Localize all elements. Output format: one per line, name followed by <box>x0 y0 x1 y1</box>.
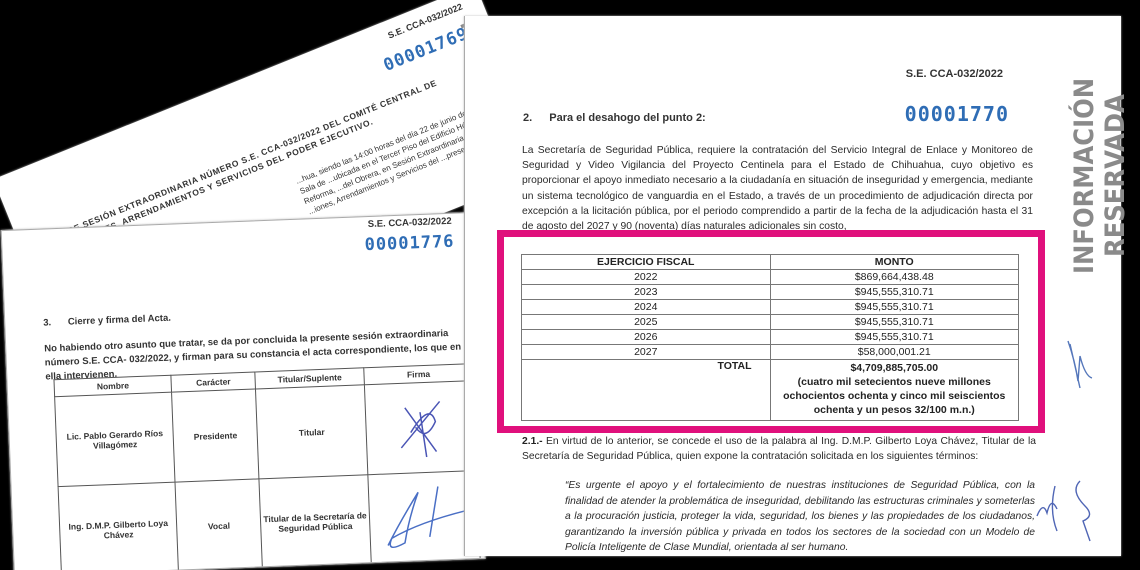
fiscal-year: 2024 <box>522 300 771 315</box>
signer-role: Vocal <box>175 479 262 570</box>
total-label: TOTAL <box>522 360 771 421</box>
section-number: 3. <box>43 317 51 328</box>
total-row: TOTAL $4,709,885,705.00 (cuatro mil sete… <box>522 360 1019 421</box>
signer-position: Titular <box>256 385 368 479</box>
reserved-information-stamp: INFORMACIÓN RESERVADA <box>1069 36 1103 316</box>
fiscal-year: 2022 <box>522 270 771 285</box>
column-header-amount: MONTO <box>770 255 1019 270</box>
amount: $869,664,438.48 <box>770 270 1019 285</box>
fiscal-year: 2026 <box>522 330 771 345</box>
amount: $945,555,310.71 <box>770 285 1019 300</box>
amount-table: EJERCICIO FISCAL MONTO 2022$869,664,438.… <box>521 254 1019 421</box>
fiscal-year: 2027 <box>522 345 771 360</box>
signer-role: Presidente <box>172 389 259 482</box>
total-amount-cell: $4,709,885,705.00 (cuatro mil seteciento… <box>770 360 1019 421</box>
amount: $58,000,001.21 <box>770 345 1019 360</box>
total-amount-words: ochenta y un pesos 32/100 m.n.) <box>771 403 1019 417</box>
section-title: Para el desahogo del punto 2: <box>549 112 705 124</box>
signer-name: Ing. D.M.P. Gilberto Loya Chávez <box>58 482 179 570</box>
table-row: Ing. D.M.P. Gilberto Loya Chávez Vocal T… <box>58 471 480 570</box>
table-row: Lic. Pablo Gerardo Ríos Villagómez Presi… <box>55 381 477 487</box>
document-page-main: S.E. CCA-032/2022 00001770 INFORMACIÓN R… <box>464 16 1121 556</box>
subsection-text: En virtud de lo anterior, se concede el … <box>522 436 1036 462</box>
section-title: Cierre y firma del Acta. <box>68 313 171 328</box>
fiscal-year: 2023 <box>522 285 771 300</box>
amount: $945,555,310.71 <box>770 315 1019 330</box>
signature-cell <box>364 381 476 475</box>
initials-signature-icon <box>1035 471 1105 551</box>
total-amount: $4,709,885,705.00 <box>771 361 1019 375</box>
fiscal-year: 2025 <box>522 315 771 330</box>
amount: $945,555,310.71 <box>770 300 1019 315</box>
column-header-fiscal-year: EJERCICIO FISCAL <box>522 255 771 270</box>
document-page-signatures: S.E. CCA-032/2022 00001776 3. Cierre y f… <box>1 212 486 570</box>
session-code: S.E. CCA-032/2022 <box>368 216 452 230</box>
table-row: 2026$945,555,310.71 <box>522 330 1019 345</box>
signer-name: Lic. Pablo Gerardo Ríos Villagómez <box>55 392 176 486</box>
table-row: 2025$945,555,310.71 <box>522 315 1019 330</box>
table-row: 2022$869,664,438.48 <box>522 270 1019 285</box>
highlight-box: EJERCICIO FISCAL MONTO 2022$869,664,438.… <box>497 230 1045 433</box>
subsection-paragraph: 2.1.- En virtud de lo anterior, se conce… <box>522 434 1036 464</box>
folio-stamp: 00001770 <box>905 102 1009 126</box>
initials-signature-icon <box>1060 336 1100 396</box>
table-header-row: EJERCICIO FISCAL MONTO <box>522 255 1019 270</box>
total-amount-words: (cuatro mil setecientos nueve millones <box>771 375 1019 389</box>
contract-paragraph: La Secretaría de Seguridad Pública, requ… <box>522 143 1033 233</box>
table-row: 2023$945,555,310.71 <box>522 285 1019 300</box>
total-amount-words: ochocientos ochenta y cinco mil seiscien… <box>771 389 1019 403</box>
table-row: 2024$945,555,310.71 <box>522 300 1019 315</box>
section-heading: 3. Cierre y firma del Acta. <box>43 313 171 329</box>
subsection-number: 2.1.- <box>522 436 543 447</box>
section-heading: 2. Para el desahogo del punto 2: <box>523 112 706 124</box>
signature-icon <box>389 391 452 463</box>
section-number: 2. <box>523 112 532 124</box>
signature-icon <box>378 480 471 553</box>
table-row: 2027$58,000,001.21 <box>522 345 1019 360</box>
quoted-statement: “Es urgente el apoyo y el fortalecimient… <box>565 478 1035 556</box>
amount: $945,555,310.71 <box>770 330 1019 345</box>
folio-stamp: 00001776 <box>364 232 455 255</box>
session-code: S.E. CCA-032/2022 <box>906 68 1003 80</box>
signer-position: Titular de la Secretaría de Seguridad Pú… <box>259 475 371 569</box>
signature-table: Nombre Carácter Titular/Suplente Firma L… <box>53 363 480 570</box>
